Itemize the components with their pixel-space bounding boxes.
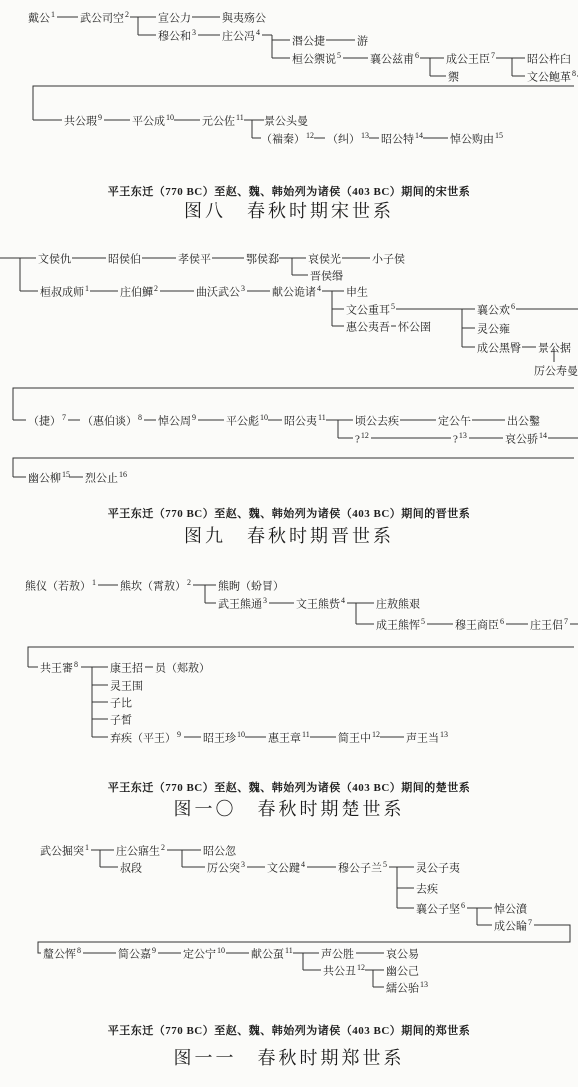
- person-node: 襄公欢6: [477, 303, 515, 318]
- person-name: 庄伯鱓: [120, 287, 153, 299]
- person-name: 庄公冯: [222, 31, 255, 43]
- figure-caption: 平王东迁（770 BC）至赵、魏、韩始列为诸侯（403 BC）期间的楚世系: [0, 779, 578, 795]
- person-name: 成王熊恽: [376, 620, 420, 632]
- person-name: 成公王臣: [446, 54, 490, 66]
- person-name: 元公佐: [202, 116, 235, 128]
- reign-number: 3: [241, 860, 245, 869]
- person-node: 共公丑12: [323, 964, 365, 979]
- person-node: 文公鲍革8: [527, 70, 576, 85]
- person-name: 文公鲍革: [527, 72, 571, 84]
- reign-number: 7: [564, 617, 568, 626]
- person-name: 共公瑕: [64, 116, 97, 128]
- reign-number: 9: [192, 413, 196, 422]
- person-name: 悼公购由: [450, 134, 494, 146]
- person-node: 子比: [110, 696, 133, 711]
- person-node: 康王招: [110, 661, 144, 676]
- person-name: 昭王珍: [203, 733, 236, 745]
- person-name: 惠公夷吾: [346, 322, 390, 334]
- person-node: 熊眴（蚡冒）: [218, 579, 285, 594]
- person-node: 昭公特14: [381, 132, 423, 147]
- person-name: （惠伯谈）: [82, 416, 137, 428]
- person-node: 悼公濆: [494, 902, 528, 917]
- person-node: 定公宁10: [183, 947, 225, 962]
- person-node: 声王当13: [406, 731, 448, 746]
- reign-number: 3: [241, 284, 245, 293]
- person-name: 定公午: [438, 416, 471, 428]
- person-node: 幽公己: [386, 964, 420, 979]
- person-name: 灵王围: [110, 681, 143, 693]
- reign-number: 13: [420, 980, 428, 989]
- person-node: 平公成10: [132, 114, 174, 129]
- person-node: 禦: [448, 70, 460, 85]
- person-node: 献公虿11: [251, 947, 293, 962]
- person-name: 熊坎（霄敖）: [120, 581, 186, 593]
- person-node: 桓公禦说5: [292, 52, 341, 67]
- person-node: 戴公1: [28, 11, 55, 26]
- person-name: 庄王侣: [530, 620, 563, 632]
- person-name: 穆公子兰: [338, 863, 382, 875]
- person-name: 襄公子坚: [416, 904, 460, 916]
- reign-number: 3: [263, 596, 267, 605]
- person-name: 昭公夷: [284, 416, 317, 428]
- person-name: 武王熊通: [218, 599, 262, 611]
- person-node: 鄂侯郄: [246, 252, 280, 267]
- person-node: （惠伯谈）8: [82, 414, 142, 429]
- person-node: 去疾: [416, 882, 439, 897]
- person-name: 康王招: [110, 663, 143, 675]
- person-name: ?: [355, 434, 360, 446]
- person-node: 弃疾（平王）9: [110, 731, 181, 746]
- reign-number: 5: [337, 51, 341, 60]
- person-node: 成王熊恽5: [376, 618, 425, 633]
- reign-number: 10: [217, 946, 225, 955]
- reign-number: 8: [74, 660, 78, 669]
- person-node: 熊坎（霄敖）2: [120, 579, 191, 594]
- reign-number: 13: [361, 131, 369, 140]
- person-node: 熊仪（若敖）1: [25, 579, 96, 594]
- person-name: 简公嘉: [118, 949, 151, 961]
- person-node: 简王中12: [338, 731, 380, 746]
- person-name: 献公诡诸: [272, 287, 316, 299]
- person-name: 孝侯平: [178, 254, 211, 266]
- person-node: 穆王商臣6: [455, 618, 504, 633]
- person-name: 文公踺: [267, 863, 300, 875]
- person-node: 成公王臣7: [446, 52, 495, 67]
- person-name: 昭公特: [381, 134, 414, 146]
- person-name: （捷）: [28, 416, 61, 428]
- person-node: 繻公骀13: [386, 981, 428, 996]
- person-node: 哀侯光: [308, 252, 342, 267]
- person-name: 共公丑: [323, 966, 356, 978]
- person-node: 昭公忽: [203, 844, 237, 859]
- person-node: 哀公骄14: [505, 432, 547, 447]
- reign-number: 5: [421, 617, 425, 626]
- person-node: 景公头曼: [264, 114, 309, 129]
- person-node: 成公睔7: [494, 919, 532, 934]
- reign-number: 1: [85, 284, 89, 293]
- person-node: 文王熊赀4: [296, 597, 345, 612]
- person-name: ?: [453, 434, 458, 446]
- person-node: ?12: [355, 432, 369, 447]
- person-name: 叔段: [120, 863, 142, 875]
- person-node: 悼公周9: [158, 414, 196, 429]
- person-node: （纠）13: [327, 132, 369, 147]
- person-node: 庄王侣7: [530, 618, 568, 633]
- person-name: 熊眴（蚡冒）: [218, 581, 284, 593]
- reign-number: 1: [92, 578, 96, 587]
- reign-number: 5: [383, 860, 387, 869]
- reign-number: 2: [125, 10, 129, 19]
- person-name: 厉公寿曼: [534, 366, 578, 378]
- person-node: 湣公捷: [292, 34, 326, 49]
- reign-number: 13: [459, 431, 467, 440]
- person-node: 惠王章11: [268, 731, 310, 746]
- reign-number: 12: [357, 963, 365, 972]
- person-name: 景公头曼: [264, 116, 308, 128]
- figure-title: 图一一 春秋时期郑世系: [0, 1044, 578, 1070]
- person-node: 顷公去疾: [355, 414, 400, 429]
- person-name: 戴公: [28, 13, 50, 25]
- person-name: 昭公忽: [203, 846, 236, 858]
- reign-number: 4: [256, 28, 260, 37]
- person-name: 襄公欢: [477, 305, 510, 317]
- reign-number: 8: [572, 69, 576, 78]
- person-name: 定公宁: [183, 949, 216, 961]
- person-node: 小子侯: [372, 252, 406, 267]
- person-name: 成公黑臀: [477, 343, 521, 355]
- reign-number: 15: [62, 470, 70, 479]
- person-node: 武王熊通3: [218, 597, 267, 612]
- person-node: 桓叔成师1: [40, 285, 89, 300]
- reign-number: 6: [461, 901, 465, 910]
- reign-number: 3: [192, 28, 196, 37]
- person-name: 怀公圉: [398, 322, 431, 334]
- person-name: 灵公子夷: [416, 863, 460, 875]
- person-node: （褍秦）12: [261, 132, 314, 147]
- person-name: 厉公突: [207, 863, 240, 875]
- reign-number: 5: [391, 302, 395, 311]
- reign-number: 4: [341, 596, 345, 605]
- person-node: 怀公圉: [398, 320, 432, 335]
- reign-number: 14: [539, 431, 547, 440]
- reign-number: 11: [236, 113, 244, 122]
- person-node: 定公午: [438, 414, 472, 429]
- reign-number: 11: [318, 413, 326, 422]
- person-node: 昭公夷11: [284, 414, 326, 429]
- person-node: 孝侯平: [178, 252, 212, 267]
- person-node: 武公司空2: [80, 11, 129, 26]
- person-name: 宣公力: [158, 13, 191, 25]
- person-name: 平公成: [132, 116, 165, 128]
- person-name: （纠）: [327, 134, 360, 146]
- person-name: 湣公捷: [292, 36, 325, 48]
- person-name: 惠王章: [268, 733, 301, 745]
- person-node: 晋侯缗: [310, 269, 344, 284]
- person-node: 灵公子夷: [416, 861, 461, 876]
- reign-number: 7: [62, 413, 66, 422]
- person-node: 穆公子兰5: [338, 861, 387, 876]
- person-name: 襄公兹甫: [370, 54, 414, 66]
- person-node: 宣公力: [158, 11, 192, 26]
- reign-number: 2: [187, 578, 191, 587]
- person-name: 灵公雍: [477, 324, 510, 336]
- person-node: 共王審8: [40, 661, 78, 676]
- person-name: 幽公己: [386, 966, 419, 978]
- person-name: 哀公易: [386, 949, 419, 961]
- person-name: 共王審: [40, 663, 73, 675]
- reign-number: 2: [161, 843, 165, 852]
- person-name: 小子侯: [372, 254, 405, 266]
- person-name: 武公司空: [80, 13, 124, 25]
- person-node: （捷）7: [28, 414, 66, 429]
- person-node: 申生: [346, 285, 369, 300]
- person-name: 幽公柳: [28, 473, 61, 485]
- reign-number: 9: [98, 113, 102, 122]
- reign-number: 1: [85, 843, 89, 852]
- person-node: 庄公冯4: [222, 29, 260, 44]
- person-name: 熊仪（若敖）: [25, 581, 91, 593]
- person-node: 子皙: [110, 713, 133, 728]
- reign-number: 7: [491, 51, 495, 60]
- person-name: 桓叔成师: [40, 287, 84, 299]
- person-name: 顷公去疾: [355, 416, 399, 428]
- reign-number: 9: [152, 946, 156, 955]
- person-name: 穆公和: [158, 31, 191, 43]
- reign-number: 4: [301, 860, 305, 869]
- reign-number: 2: [154, 284, 158, 293]
- reign-number: 4: [317, 284, 321, 293]
- person-name: 出公鑿: [507, 416, 540, 428]
- person-name: 文公重耳: [346, 305, 390, 317]
- reign-number: 9: [177, 730, 181, 739]
- person-name: 子比: [110, 698, 132, 710]
- person-node: 武公掘突1: [40, 844, 89, 859]
- person-name: 昭公杵臼: [527, 54, 571, 66]
- person-node: 幽公柳15: [28, 471, 70, 486]
- reign-number: 14: [415, 131, 423, 140]
- person-name: 晋侯缗: [310, 271, 343, 283]
- person-node: 惠公夷吾: [346, 320, 391, 335]
- reign-number: 6: [415, 51, 419, 60]
- reign-number: 6: [511, 302, 515, 311]
- person-node: 釐公恽8: [43, 947, 81, 962]
- person-name: 武公掘突: [40, 846, 84, 858]
- reign-number: 15: [495, 131, 503, 140]
- person-name: （褍秦）: [261, 134, 305, 146]
- person-node: 员（郏敖）: [155, 661, 211, 676]
- person-node: 襄公子坚6: [416, 902, 465, 917]
- reign-number: 10: [260, 413, 268, 422]
- person-name: 文王熊赀: [296, 599, 340, 611]
- person-node: 厉公突3: [207, 861, 245, 876]
- person-name: 简王中: [338, 733, 371, 745]
- person-node: 景公据: [538, 341, 572, 356]
- person-name: 曲沃武公: [196, 287, 240, 299]
- person-node: 襄公兹甫6: [370, 52, 419, 67]
- reign-number: 12: [361, 431, 369, 440]
- person-name: 平公彪: [226, 416, 259, 428]
- figure-caption: 平王东迁（770 BC）至赵、魏、韩始列为诸侯（403 BC）期间的晋世系: [0, 505, 578, 521]
- reign-number: 7: [528, 918, 532, 927]
- reign-number: 8: [138, 413, 142, 422]
- person-node: 昭侯伯: [108, 252, 142, 267]
- person-node: 出公鑿: [507, 414, 541, 429]
- person-node: 灵公雍: [477, 322, 511, 337]
- person-node: 元公佐11: [202, 114, 244, 129]
- person-node: 曲沃武公3: [196, 285, 245, 300]
- person-node: ?13: [453, 432, 467, 447]
- person-name: 子皙: [110, 715, 132, 727]
- reign-number: 10: [237, 730, 245, 739]
- person-node: 昭王珍10: [203, 731, 245, 746]
- person-node: 烈公止16: [85, 471, 127, 486]
- person-name: 弃疾（平王）: [110, 733, 176, 745]
- person-node: 庄公寤生2: [116, 844, 165, 859]
- person-node: 庄伯鱓2: [120, 285, 158, 300]
- person-name: 哀侯光: [308, 254, 341, 266]
- book-page: 戴公1 武公司空2 宣公力 與夷殇公 穆公和3 庄公冯4 湣公捷 游 桓公禦说5…: [0, 0, 578, 1087]
- person-name: 成公睔: [494, 921, 527, 933]
- person-name: 烈公止: [85, 473, 118, 485]
- person-node: 叔段: [120, 861, 143, 876]
- person-name: 桓公禦说: [292, 54, 336, 66]
- person-node: 成公黑臀: [477, 341, 522, 356]
- person-node: 平公彪10: [226, 414, 268, 429]
- person-name: 哀公骄: [505, 434, 538, 446]
- person-node: 游: [357, 34, 369, 49]
- person-name: 声公胜: [321, 949, 354, 961]
- reign-number: 11: [302, 730, 310, 739]
- person-name: 禦: [448, 72, 459, 84]
- person-node: 灵王围: [110, 679, 144, 694]
- person-name: 昭侯伯: [108, 254, 141, 266]
- person-name: 员（郏敖）: [155, 663, 210, 675]
- person-name: 申生: [346, 287, 368, 299]
- person-node: 文公重耳5: [346, 303, 395, 318]
- person-name: 悼公周: [158, 416, 191, 428]
- person-node: 與夷殇公: [222, 11, 267, 26]
- person-node: 哀公易: [386, 947, 420, 962]
- figure-title: 图一〇 春秋时期楚世系: [0, 795, 578, 821]
- person-node: 悼公购由15: [450, 132, 503, 147]
- reign-number: 13: [440, 730, 448, 739]
- person-name: 声王当: [406, 733, 439, 745]
- reign-number: 16: [119, 470, 127, 479]
- person-node: 庄敖熊艰: [376, 597, 421, 612]
- figure-title: 图九 春秋时期晋世系: [0, 522, 578, 548]
- person-node: 声公胜: [321, 947, 355, 962]
- person-name: 游: [357, 36, 368, 48]
- person-node: 简公嘉9: [118, 947, 156, 962]
- reign-number: 11: [285, 946, 293, 955]
- person-name: 穆王商臣: [455, 620, 499, 632]
- person-name: 繻公骀: [386, 983, 419, 995]
- reign-number: 12: [306, 131, 314, 140]
- person-name: 悼公濆: [494, 904, 527, 916]
- person-name: 釐公恽: [43, 949, 76, 961]
- person-name: 献公虿: [251, 949, 284, 961]
- person-name: 文侯仇: [38, 254, 71, 266]
- person-node: 文侯仇: [38, 252, 72, 267]
- person-name: 景公据: [538, 343, 571, 355]
- figure-caption: 平王东迁（770 BC）至赵、魏、韩始列为诸侯（403 BC）期间的郑世系: [0, 1022, 578, 1038]
- reign-number: 10: [166, 113, 174, 122]
- person-node: 穆公和3: [158, 29, 196, 44]
- person-name: 庄敖熊艰: [376, 599, 420, 611]
- figure-title: 图八 春秋时期宋世系: [0, 197, 578, 223]
- person-node: 文公踺4: [267, 861, 305, 876]
- person-name: 鄂侯郄: [246, 254, 279, 266]
- reign-number: 1: [51, 10, 55, 19]
- person-name: 與夷殇公: [222, 13, 266, 25]
- person-node: 昭公杵臼: [527, 52, 572, 67]
- person-name: 庄公寤生: [116, 846, 160, 858]
- person-node: 献公诡诸4: [272, 285, 321, 300]
- person-node: 共公瑕9: [64, 114, 102, 129]
- person-name: 去疾: [416, 884, 438, 896]
- reign-number: 12: [372, 730, 380, 739]
- reign-number: 8: [77, 946, 81, 955]
- person-node: 厉公寿曼: [534, 364, 578, 379]
- reign-number: 6: [500, 617, 504, 626]
